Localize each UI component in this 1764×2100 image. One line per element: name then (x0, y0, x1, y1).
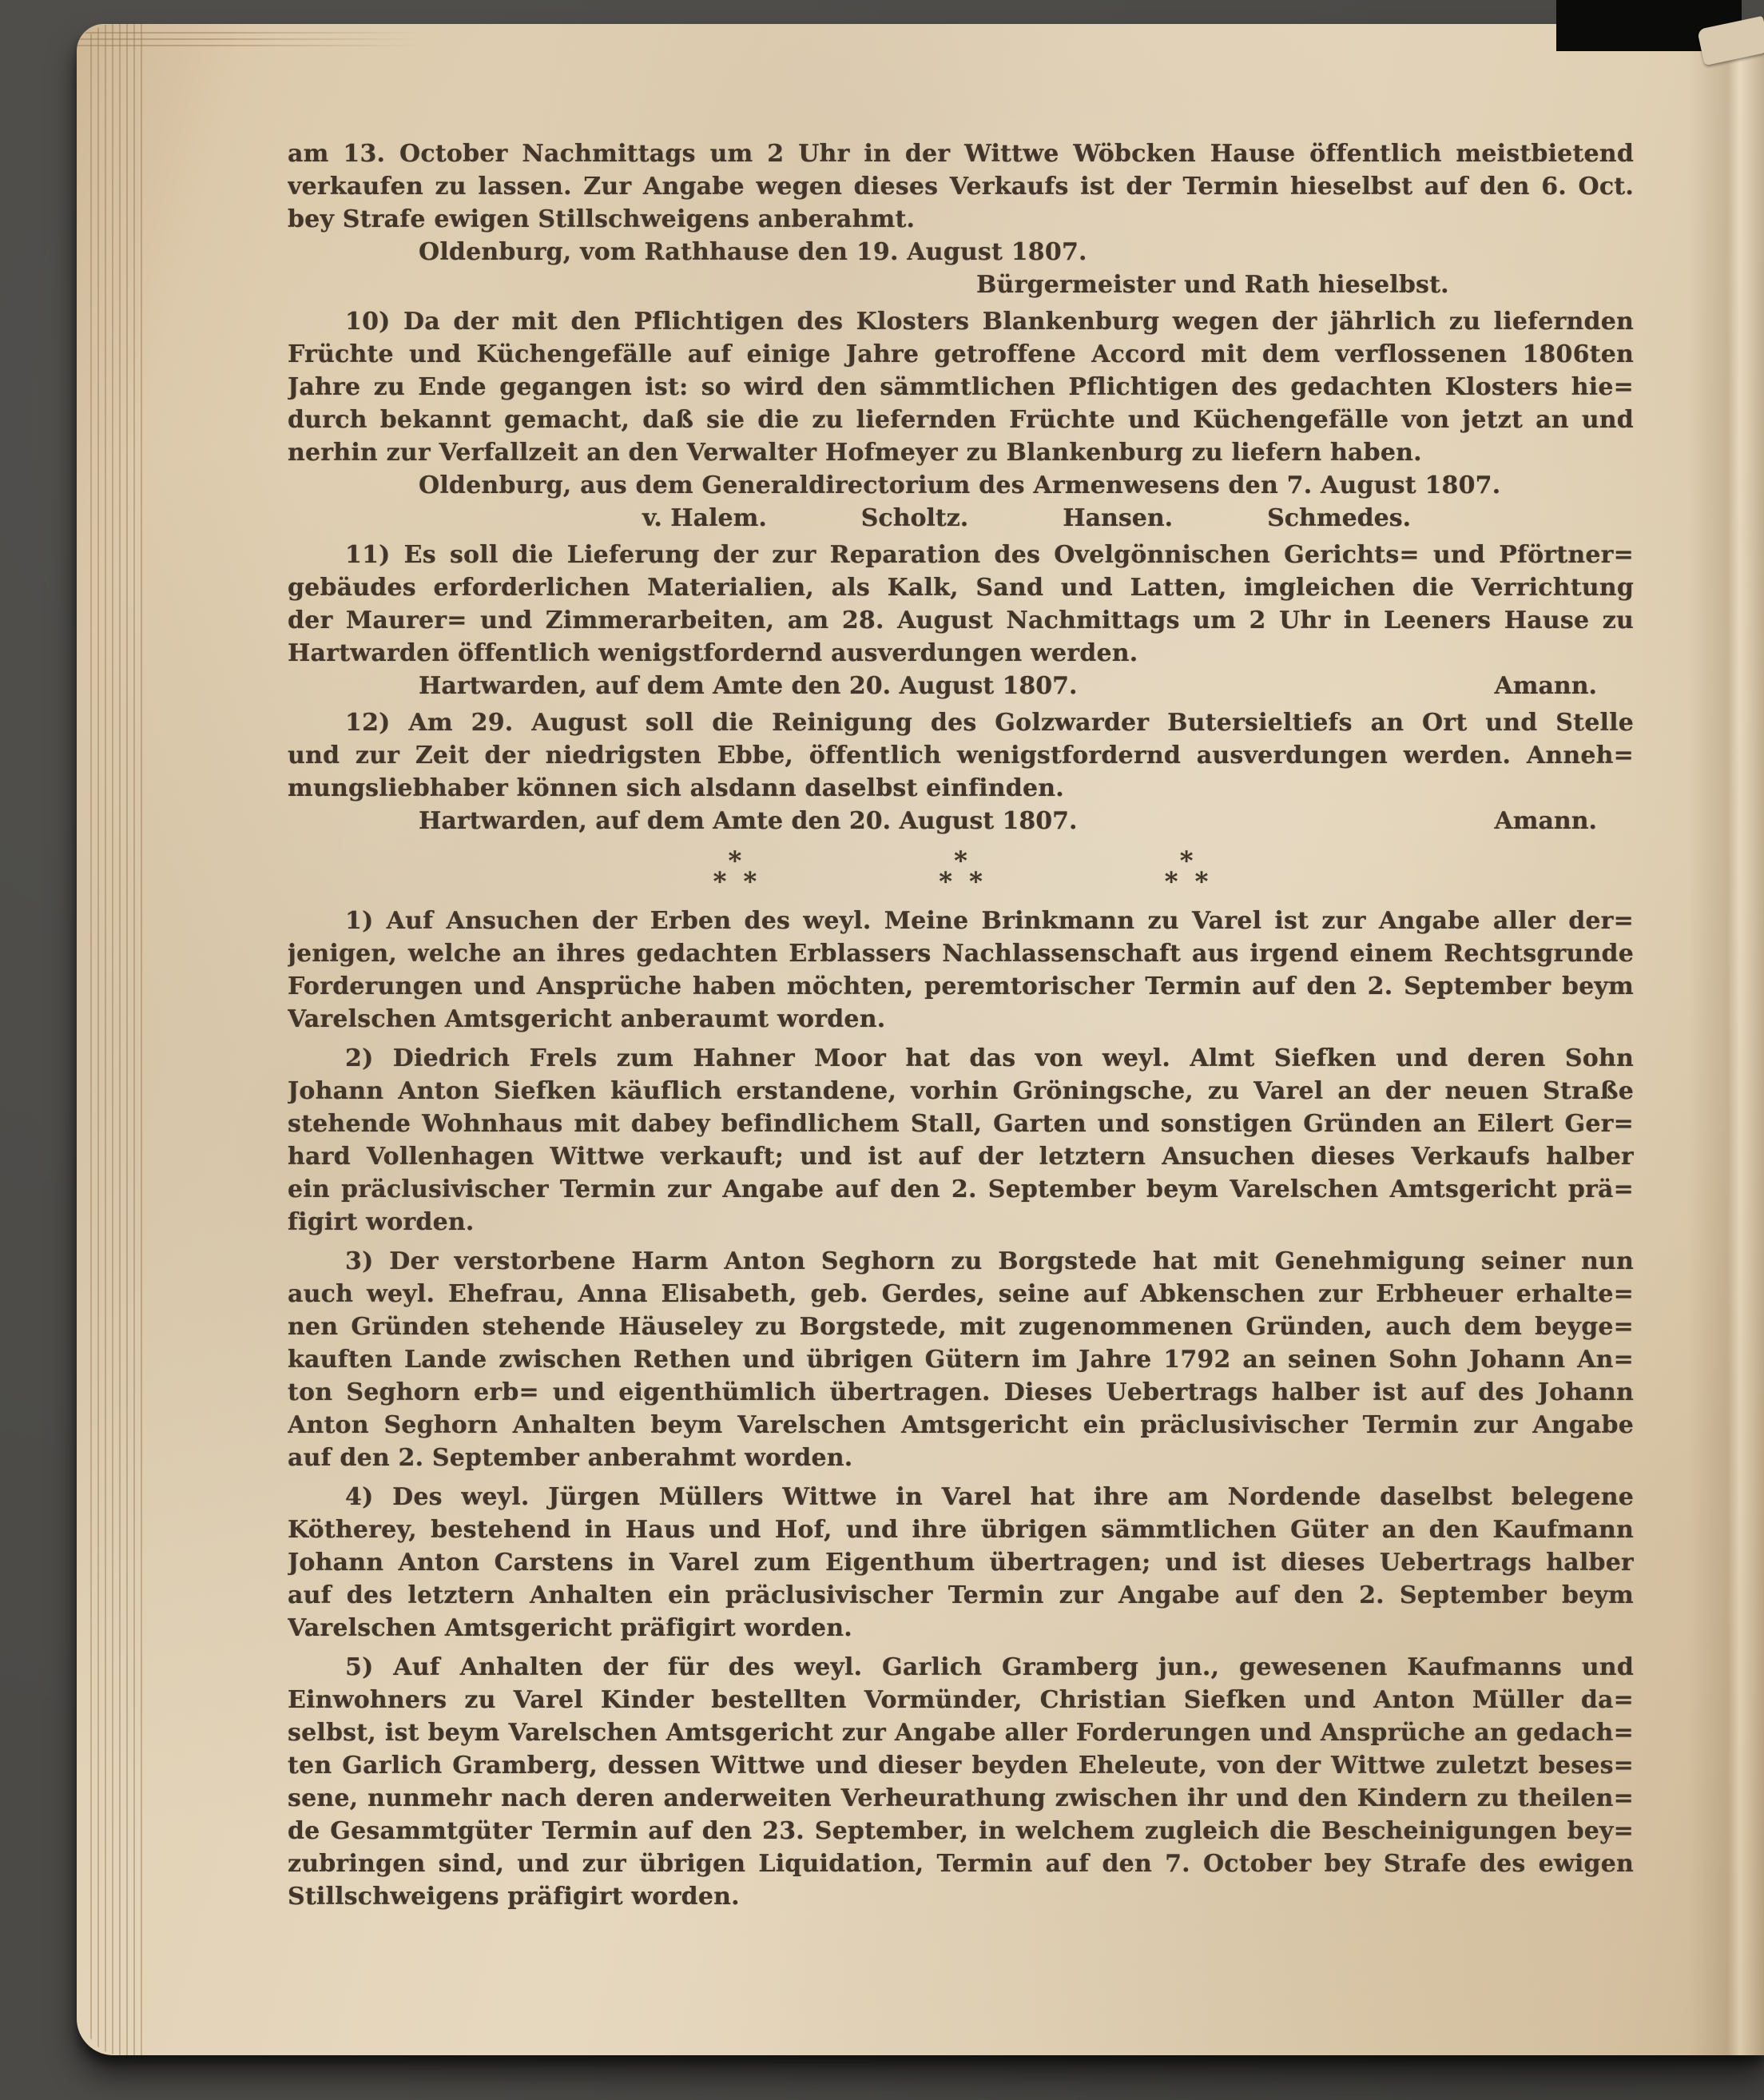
text-line: Forderungen und Ansprüche haben möchten,… (288, 970, 1634, 1003)
text-line: 10) Da der mit den Pflichtigen des Klost… (288, 305, 1634, 338)
text-line: sene, nunmehr nach deren anderweiten Ver… (288, 1782, 1634, 1815)
text-line: Varelschen Amtsgericht präfigirt worden. (288, 1612, 1634, 1645)
text-line: gebäudes erforderlichen Materialien, als… (288, 571, 1634, 604)
text-line: Johann Anton Carstens in Varel zum Eigen… (288, 1546, 1634, 1579)
text-line: Varelschen Amtsgericht anberaumt worden. (288, 1003, 1634, 1036)
signature: v. Halem. (642, 502, 767, 535)
text-line: 2) Diedrich Frels zum Hahner Moor hat da… (288, 1042, 1634, 1075)
text-line: nerhin zur Verfallzeit an den Verwalter … (288, 436, 1634, 469)
asterisk-pair: * * (939, 871, 983, 892)
text-line: Johann Anton Siefken käuflich erstandene… (288, 1075, 1634, 1108)
paragraph-10: 10) Da der mit den Pflichtigen des Klost… (288, 305, 1634, 469)
text-line: mungsliebhaber können sich alsdann dasel… (288, 772, 1634, 805)
text-line: kauften Lande zwischen Rethen und übrige… (288, 1343, 1634, 1376)
signatory-name: Amann. (1494, 670, 1597, 702)
paragraph-intro: am 13. October Nachmittags um 2 Uhr in d… (288, 137, 1634, 236)
text-line: auf des letztern Anhalten ein präclusivi… (288, 1579, 1634, 1612)
dateline: Oldenburg, vom Rathhause den 19. August … (288, 236, 1634, 268)
text-line: 3) Der verstorbene Harm Anton Seghorn zu… (288, 1245, 1634, 1278)
paragraph-3: 3) Der verstorbene Harm Anton Seghorn zu… (288, 1245, 1634, 1474)
text-line: jenigen, welche an ihres gedachten Erbla… (288, 937, 1634, 970)
text-line: hard Vollenhagen Wittwe verkauft; und is… (288, 1140, 1634, 1173)
text-line: auch weyl. Ehefrau, Anna Elisabeth, geb.… (288, 1278, 1634, 1311)
paragraph-12: 12) Am 29. August soll die Reinigung des… (288, 706, 1634, 805)
paragraph-1: 1) Auf Ansuchen der Erben des weyl. Mein… (288, 905, 1634, 1036)
text-line: Anton Seghorn Anhalten beym Varelschen A… (288, 1409, 1634, 1442)
signature: Scholtz. (861, 502, 969, 535)
text-line: Jahre zu Ende gegangen ist: so wird den … (288, 371, 1634, 404)
text-line: Einwohners zu Varel Kinder bestellten Vo… (288, 1684, 1634, 1716)
book-page: am 13. October Nachmittags um 2 Uhr in d… (77, 24, 1764, 2055)
text-line: Kötherey, bestehend in Haus und Hof, und… (288, 1513, 1634, 1546)
text-line: Früchte und Küchengefälle auf einige Jah… (288, 338, 1634, 371)
signature: Schmedes. (1267, 502, 1411, 535)
asterisk-pair: * * (713, 871, 757, 892)
text-line: 1) Auf Ansuchen der Erben des weyl. Mein… (288, 905, 1634, 937)
signature: Bürgermeister und Rath hieselbst. (288, 268, 1634, 301)
text-line: am 13. October Nachmittags um 2 Uhr in d… (288, 137, 1634, 170)
dateline-row: Hartwarden, auf dem Amte den 20. August … (288, 670, 1634, 702)
text-line: ten Garlich Gramberg, dessen Wittwe und … (288, 1749, 1634, 1782)
asterism-separator: * * * * * * * * * (288, 837, 1634, 905)
dateline: Oldenburg, aus dem Generaldirectorium de… (288, 469, 1634, 502)
signatory-name: Amann. (1494, 805, 1597, 837)
asterisk-cluster: * * * (939, 850, 983, 892)
paragraph-5: 5) Auf Anhalten der für des weyl. Garlic… (288, 1651, 1634, 1913)
text-line: figirt worden. (288, 1206, 1634, 1239)
signature: Hansen. (1063, 502, 1173, 535)
paragraph-2: 2) Diedrich Frels zum Hahner Moor hat da… (288, 1042, 1634, 1239)
text-line: selbst, ist beym Varelschen Amtsgericht … (288, 1716, 1634, 1749)
text-line: stehende Wohnhaus mit dabey befindlichem… (288, 1108, 1634, 1140)
page-text-column: am 13. October Nachmittags um 2 Uhr in d… (288, 137, 1634, 1913)
dateline: Hartwarden, auf dem Amte den 20. August … (419, 805, 1078, 837)
text-line: bey Strafe ewigen Stillschweigens anbera… (288, 203, 1634, 236)
text-line: ein präclusivischer Termin zur Angabe au… (288, 1173, 1634, 1206)
page-fold-crease (1688, 24, 1764, 2055)
dateline: Hartwarden, auf dem Amte den 20. August … (419, 670, 1078, 702)
page-stack-edges-top (77, 27, 420, 51)
asterisk-cluster: * * * (713, 850, 757, 892)
text-line: 12) Am 29. August soll die Reinigung des… (288, 706, 1634, 739)
paragraph-11: 11) Es soll die Lieferung der zur Repara… (288, 539, 1634, 670)
text-line: ton Seghorn erb= und eigenthümlich übert… (288, 1376, 1634, 1409)
text-line: 4) Des weyl. Jürgen Müllers Wittwe in Va… (288, 1481, 1634, 1513)
paragraph-4: 4) Des weyl. Jürgen Müllers Wittwe in Va… (288, 1481, 1634, 1645)
text-line: 11) Es soll die Lieferung der zur Repara… (288, 539, 1634, 571)
asterisk-cluster: * * * (1165, 850, 1209, 892)
text-line: de Gesammtgüter Termin auf den 23. Septe… (288, 1815, 1634, 1847)
text-line: 5) Auf Anhalten der für des weyl. Garlic… (288, 1651, 1634, 1684)
asterisk-pair: * * (1165, 871, 1209, 892)
text-line: durch bekannt gemacht, daß sie die zu li… (288, 404, 1634, 436)
text-line: der Maurer= und Zimmerarbeiten, am 28. A… (288, 604, 1634, 637)
dateline-row: Hartwarden, auf dem Amte den 20. August … (288, 805, 1634, 837)
text-line: Hartwarden öffentlich wenigstfordernd au… (288, 637, 1634, 670)
text-line: zubringen sind, und zur übrigen Liquidat… (288, 1847, 1634, 1880)
text-line: Stillschweigens präfigirt worden. (288, 1880, 1634, 1913)
text-line: und zur Zeit der niedrigsten Ebbe, öffen… (288, 739, 1634, 772)
text-line: verkaufen zu lassen. Zur Angabe wegen di… (288, 170, 1634, 203)
page-stack-edges-left (85, 24, 147, 2055)
text-line: nen Gründen stehende Häuseley zu Borgste… (288, 1311, 1634, 1343)
signature-row: v. Halem. Scholtz. Hansen. Schmedes. (288, 502, 1634, 535)
text-line: auf den 2. September anberahmt worden. (288, 1442, 1634, 1474)
